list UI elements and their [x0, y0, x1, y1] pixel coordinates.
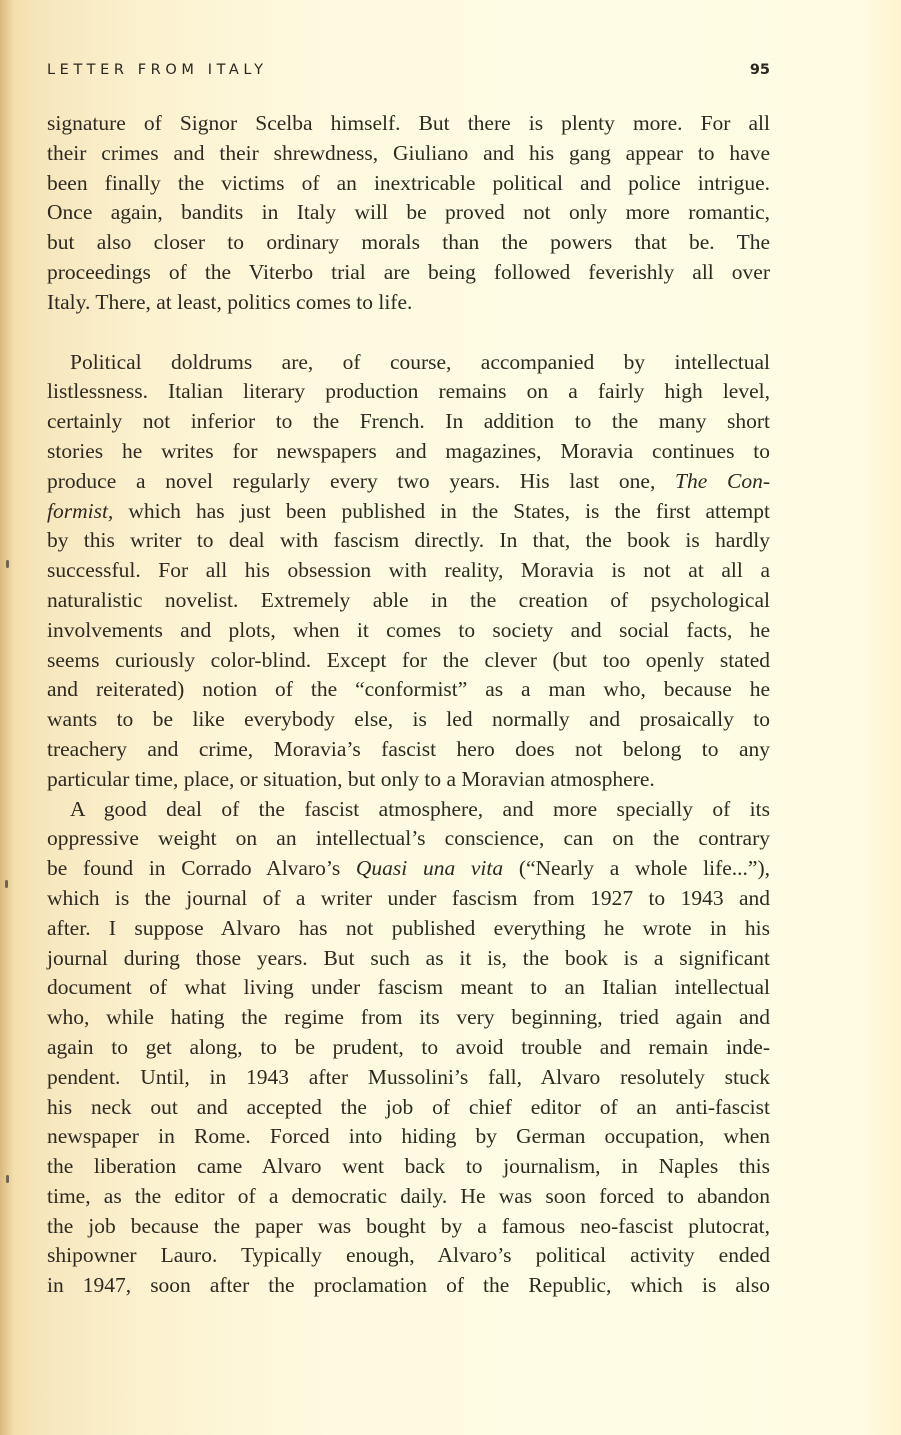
- text-line: naturalistic novelist. Extremely able in…: [47, 586, 770, 616]
- text-line: stories he writes for newspapers and mag…: [47, 437, 770, 467]
- text-line: after. I suppose Alvaro has not publishe…: [47, 914, 770, 944]
- scan-artifact-mark: [6, 1175, 9, 1183]
- page-gutter-shadow: [0, 0, 14, 1435]
- italic-title: The Con-: [675, 469, 770, 493]
- text-line: A good deal of the fascist atmosphere, a…: [47, 795, 770, 825]
- text-line: the liberation came Alvaro went back to …: [47, 1152, 770, 1182]
- text-line: signature of Signor Scelba himself. But …: [47, 109, 770, 139]
- text-line: and reiterated) notion of the “conformis…: [47, 675, 770, 705]
- text-line: formist, which has just been published i…: [47, 497, 770, 527]
- text-line: time, as the editor of a democratic dail…: [47, 1182, 770, 1212]
- paragraph: A good deal of the fascist atmosphere, a…: [47, 795, 770, 1302]
- text-line: be found in Corrado Alvaro’s Quasi una v…: [47, 854, 770, 884]
- text-line: shipowner Lauro. Typically enough, Alvar…: [47, 1241, 770, 1271]
- article-body: signature of Signor Scelba himself. But …: [47, 109, 770, 1301]
- text-line: involvements and plots, when it comes to…: [47, 616, 770, 646]
- scan-artifact-mark: [5, 880, 8, 888]
- paragraph: signature of Signor Scelba himself. But …: [47, 109, 770, 318]
- text-line: again to get along, to be prudent, to av…: [47, 1033, 770, 1063]
- running-head-title: LETTER FROM ITALY: [47, 62, 268, 78]
- text-line: Political doldrums are, of course, accom…: [47, 348, 770, 378]
- text-line: his neck out and accepted the job of chi…: [47, 1093, 770, 1123]
- text-line: which is the journal of a writer under f…: [47, 884, 770, 914]
- text-line: oppressive weight on an intellectual’s c…: [47, 824, 770, 854]
- text-line: who, while hating the regime from its ve…: [47, 1003, 770, 1033]
- text-line: certainly not inferior to the French. In…: [47, 407, 770, 437]
- paragraph: Political doldrums are, of course, accom…: [47, 348, 770, 795]
- text-line: in 1947, soon after the proclamation of …: [47, 1271, 770, 1301]
- text-line: their crimes and their shrewdness, Giuli…: [47, 139, 770, 169]
- text-line: by this writer to deal with fascism dire…: [47, 526, 770, 556]
- text-line: but also closer to ordinary morals than …: [47, 228, 770, 258]
- text-line: wants to be like everybody else, is led …: [47, 705, 770, 735]
- text-line: journal during those years. But such as …: [47, 944, 770, 974]
- text-line: successful. For all his obsession with r…: [47, 556, 770, 586]
- text-line: the job because the paper was bought by …: [47, 1212, 770, 1242]
- text-line: particular time, place, or situation, bu…: [47, 765, 770, 795]
- text-line: Once again, bandits in Italy will be pro…: [47, 198, 770, 228]
- paragraph-gap: [47, 318, 770, 348]
- text-line: listlessness. Italian literary productio…: [47, 377, 770, 407]
- running-head: LETTER FROM ITALY 95: [47, 62, 770, 86]
- page-number: 95: [750, 62, 770, 78]
- text-line: proceedings of the Viterbo trial are bei…: [47, 258, 770, 288]
- text-line: treachery and crime, Moravia’s fascist h…: [47, 735, 770, 765]
- text-line: newspaper in Rome. Forced into hiding by…: [47, 1122, 770, 1152]
- text-line: pendent. Until, in 1943 after Mussolini’…: [47, 1063, 770, 1093]
- text-line: document of what living under fascism me…: [47, 973, 770, 1003]
- italic-title: formist,: [47, 499, 113, 523]
- text-line: produce a novel regularly every two year…: [47, 467, 770, 497]
- text-line: been finally the victims of an inextrica…: [47, 169, 770, 199]
- italic-title: Quasi una vita: [356, 856, 503, 880]
- scan-artifact-mark: [6, 560, 9, 568]
- text-line: Italy. There, at least, politics comes t…: [47, 288, 770, 318]
- text-line: seems curiously color-blind. Except for …: [47, 646, 770, 676]
